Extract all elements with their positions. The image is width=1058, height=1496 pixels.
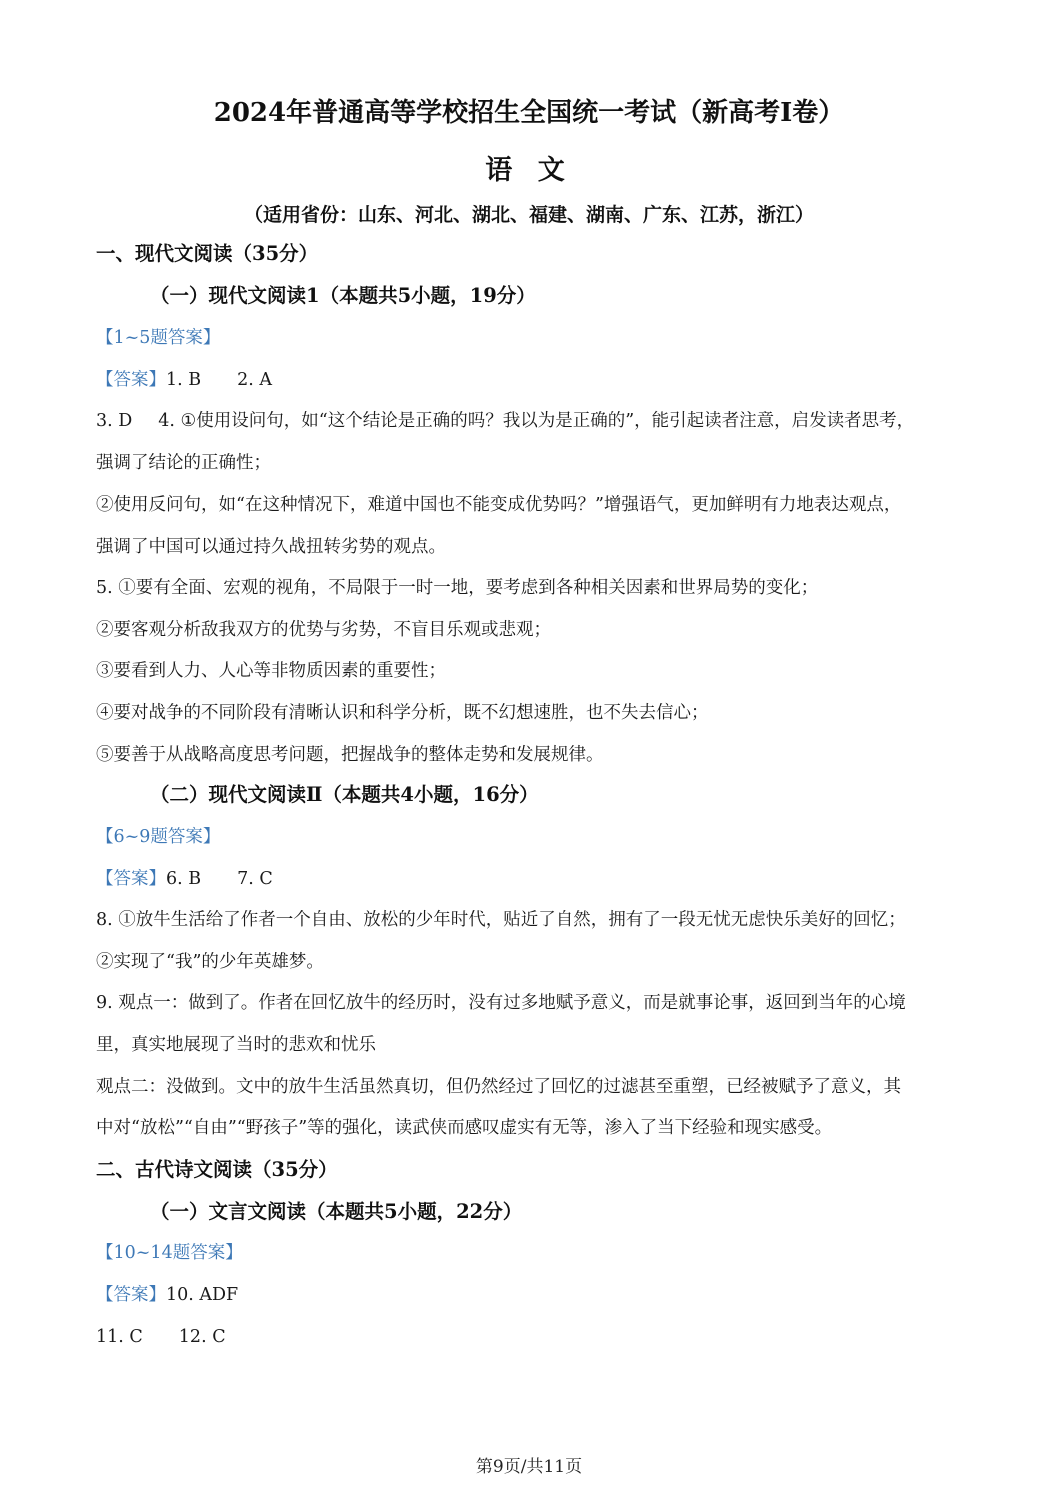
answer-row-1-2: 【答案】1. B2. A — [96, 368, 272, 392]
exam-title: 2024年普通高等学校招生全国统一考试（新高考Ⅰ卷） — [0, 92, 1058, 129]
answer-q6: 6. B — [166, 869, 201, 889]
answer-q7: 7. C — [237, 869, 273, 889]
answer-q5-line2: ②要客观分析敌我双方的优势与劣势，不盲目乐观或悲观； — [96, 618, 551, 642]
answer-q11: 11. C — [96, 1327, 143, 1347]
answer-q3: 3. D — [96, 411, 132, 431]
answer-q5-line3: ③要看到人力、人心等非物质因素的重要性； — [96, 659, 446, 683]
answer-row-3-4: 3. D4. ①使用设问句，如“这个结论是正确的吗？我以为是正确的”，能引起读者… — [96, 409, 914, 433]
answer-q9-line2: 里，真实地展现了当时的悲欢和忧乐 — [96, 1033, 376, 1057]
answer-row-6-7: 【答案】6. B7. C — [96, 867, 273, 891]
answer-tag-10-14: 【10~14题答案】 — [96, 1241, 243, 1265]
answer-label: 【答案】 — [96, 1285, 166, 1305]
answer-q12: 12. C — [179, 1327, 226, 1347]
answer-q4-line3: ②使用反问句，如“在这种情况下，难道中国也不能变成优势吗？”增强语气，更加鲜明有… — [96, 493, 901, 517]
page-number: 第9页/共11页 — [0, 1452, 1058, 1477]
subsection-heading-modern-reading-1: （一）现代文阅读1（本题共5小题，19分） — [150, 284, 536, 308]
answer-q5-line1: 5. ①要有全面、宏观的视角，不局限于一时一地，要考虑到各种相关因素和世界局势的… — [96, 576, 818, 600]
answer-q4-line4: 强调了中国可以通过持久战扭转劣势的观点。 — [96, 535, 446, 559]
answer-q8-line1: 8. ①放牛生活给了作者一个自由、放松的少年时代，贴近了自然，拥有了一段无忧无虑… — [96, 908, 906, 932]
answer-q9-line3: 观点二：没做到。文中的放牛生活虽然真切，但仍然经过了回忆的过滤甚至重塑，已经被赋… — [96, 1075, 901, 1099]
answer-row-11-12: 11. C12. C — [96, 1325, 226, 1349]
section-heading-part1: 一、现代文阅读（35分） — [96, 242, 318, 266]
answer-q4-line1: 4. ①使用设问句，如“这个结论是正确的吗？我以为是正确的”，能引起读者注意，启… — [158, 411, 914, 431]
answer-q1: 1. B — [166, 370, 201, 390]
answer-q4-line2: 强调了结论的正确性； — [96, 451, 271, 475]
document-page: 2024年普通高等学校招生全国统一考试（新高考Ⅰ卷） 语 文 （适用省份：山东、… — [0, 0, 1058, 1496]
section-heading-part2: 二、古代诗文阅读（35分） — [96, 1158, 338, 1182]
subject-title: 语 文 — [0, 148, 1058, 187]
answer-q5-line4: ④要对战争的不同阶段有清晰认识和科学分析，既不幻想速胜，也不失去信心； — [96, 701, 709, 725]
applicable-provinces: （适用省份：山东、河北、湖北、福建、湖南、广东、江苏，浙江） — [0, 200, 1058, 227]
answer-tag-1-5: 【1~5题答案】 — [96, 326, 220, 350]
answer-q2: 2. A — [237, 370, 272, 390]
answer-q5-line5: ⑤要善于从战略高度思考问题，把握战争的整体走势和发展规律。 — [96, 743, 604, 767]
answer-q9-line1: 9. 观点一：做到了。作者在回忆放牛的经历时，没有过多地赋予意义，而是就事论事，… — [96, 991, 906, 1015]
answer-label: 【答案】 — [96, 869, 166, 889]
answer-q9-line4: 中对“放松”“自由”“野孩子”等的强化，读武侠而感叹虚实有无等，渗入了当下经验和… — [96, 1116, 832, 1140]
answer-q8-line2: ②实现了“我”的少年英雄梦。 — [96, 950, 324, 974]
subsection-heading-classical-reading: （一）文言文阅读（本题共5小题，22分） — [150, 1200, 522, 1224]
answer-tag-6-9: 【6~9题答案】 — [96, 825, 220, 849]
subsection-heading-modern-reading-2: （二）现代文阅读Ⅱ（本题共4小题，16分） — [150, 783, 539, 807]
answer-q10: 10. ADF — [166, 1285, 238, 1305]
answer-row-10: 【答案】10. ADF — [96, 1283, 238, 1307]
answer-label: 【答案】 — [96, 370, 166, 390]
